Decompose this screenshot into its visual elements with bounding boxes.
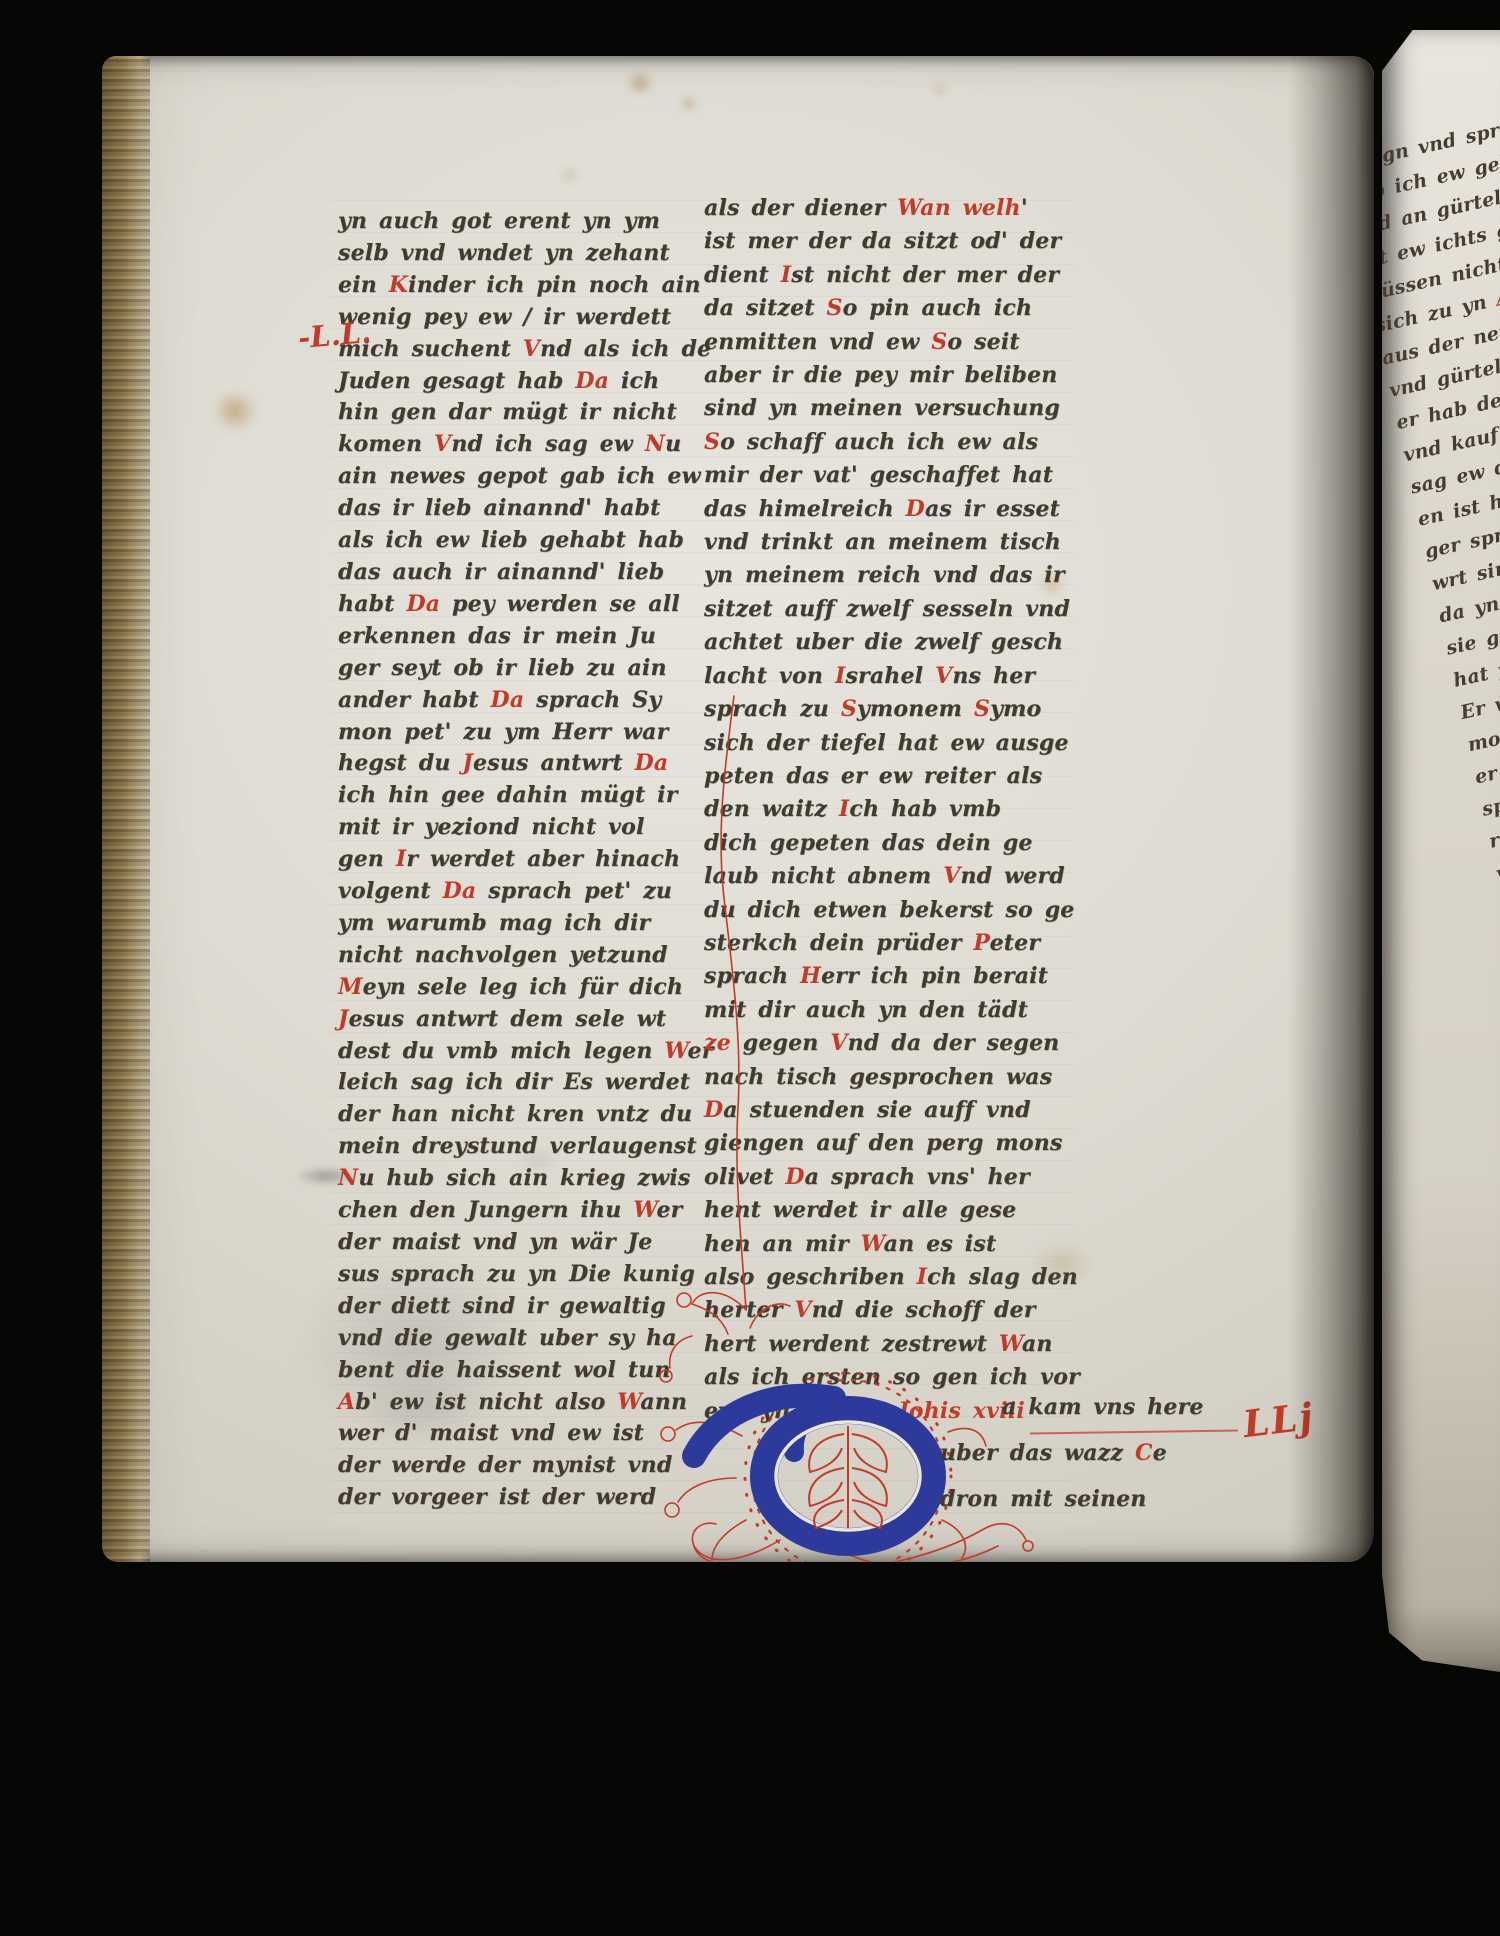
text-line: sitzet auff zwelf sesseln vnd xyxy=(704,593,1060,626)
ink-text: dron mit seinen xyxy=(940,1486,1147,1512)
rubricated-text: V xyxy=(935,663,952,689)
rubricated-text: S xyxy=(827,295,843,321)
text-line: ander habt Da sprach Sy xyxy=(338,685,678,717)
ink-text: u xyxy=(665,431,681,457)
text-line: wer d' maist vnd ew ist xyxy=(338,1418,678,1450)
text-line: mein dreystund verlaugenst xyxy=(338,1131,678,1163)
text-line: bent die haissent wol tun xyxy=(338,1355,678,1387)
text-line: ein Kinder ich pin noch ain xyxy=(338,270,678,302)
ink-text: dient xyxy=(704,262,781,288)
ink-text: wer d' maist vnd ew ist xyxy=(338,1420,644,1446)
text-line: dient Ist nicht der mer der xyxy=(704,259,1060,292)
ink-text: lacht von xyxy=(704,663,835,689)
text-line: selb vnd wndet yn zehant xyxy=(338,238,678,270)
ink-text: dest du vmb mich legen xyxy=(338,1038,664,1064)
ink-text: a kam vns here xyxy=(1002,1394,1204,1420)
ink-text: ist mer der da sitzt od' der xyxy=(704,228,1061,254)
ink-text: o schaff auch ich ew als xyxy=(720,429,1038,455)
rubricated-text: A xyxy=(338,1389,355,1415)
ink-text: komen xyxy=(338,431,434,457)
ink-text: das himelreich xyxy=(704,496,906,522)
ink-text: uber das wazz xyxy=(940,1440,1135,1466)
adjacent-page-text: morgn vnd sprachgab ich ew gelassenvnd a… xyxy=(1382,83,1500,1310)
ink-text: gen xyxy=(338,846,396,872)
ink-text: da sitzet xyxy=(704,295,827,321)
ink-text: ein xyxy=(338,272,389,298)
ink-text: ' xyxy=(1021,195,1028,221)
rubricated-text: D xyxy=(906,496,925,522)
text-line: Juden gesagt hab Da ich xyxy=(338,366,678,398)
text-line: Ab' ew ist nicht also Wann xyxy=(338,1387,678,1419)
rubricated-text: N xyxy=(645,431,665,457)
ink-text: enmitten vnd ew xyxy=(704,329,931,355)
text-line: gen Ir werdet aber hinach xyxy=(338,844,678,876)
text-line: das himelreich Das ir esset xyxy=(704,493,1060,526)
ink-text: ym warumb mag ich dir xyxy=(338,910,650,936)
text-line: uber das wazz Ce xyxy=(940,1430,1210,1476)
text-line: yn auch got erent yn ym xyxy=(338,206,678,238)
ink-text: mir der vat' geschaffet hat xyxy=(704,462,1053,488)
ink-text: aber ir die pey mir beliben xyxy=(704,362,1057,388)
text-line: a kam vns here xyxy=(940,1384,1210,1430)
rubricated-text: Da xyxy=(575,368,609,394)
initial-letter-body xyxy=(694,1396,932,1542)
text-line: nicht nachvolgen yetzund xyxy=(338,940,678,972)
rubricated-text: S xyxy=(704,429,720,455)
ink-text: esus antwrt xyxy=(473,750,635,776)
text-line: dron mit seinen xyxy=(940,1476,1210,1522)
text-line: ich hin gee dahin mügt ir xyxy=(338,780,678,812)
text-line: habt Da pey werden se all xyxy=(338,589,678,621)
ink-text: ns her xyxy=(952,663,1035,689)
ink-text: o pin auch ich xyxy=(843,295,1033,321)
ink-text: ain newes gepot gab ich ew xyxy=(338,463,701,489)
ink-text: hegst du xyxy=(338,750,462,776)
ink-text: der diett sind ir gewaltig xyxy=(338,1293,666,1319)
ink-text: das auch ir ainannd' lieb xyxy=(338,559,664,585)
text-line: chen den Jungern ihu Wer xyxy=(338,1195,678,1227)
text-line: mich suchent Vnd als ich de xyxy=(338,334,678,366)
text-line: mon pet' zu ym Herr war xyxy=(338,717,678,749)
ink-text: das ir lieb ainannd' habt xyxy=(338,495,660,521)
ink-text: bent die haissent wol tun xyxy=(338,1357,671,1383)
text-line: enmitten vnd ew So seit xyxy=(704,326,1060,359)
adjacent-page-edge: morgn vnd sprachgab ich ew gelassenvnd a… xyxy=(1382,30,1500,1672)
initial-paragraph: a kam vns hereuber das wazz Cedron mit s… xyxy=(940,1384,1210,1522)
ink-text: nd ich sag ew xyxy=(451,431,645,457)
text-line: ym warumb mag ich dir xyxy=(338,908,678,940)
initial-filigree xyxy=(809,1426,887,1528)
ink-text: mon pet' zu ym Herr war xyxy=(338,719,668,745)
ink-text: sind yn meinen versuchung xyxy=(704,395,1060,421)
ink-text: ger seyt ob ir lieb zu ain xyxy=(338,655,667,681)
text-line: der diett sind ir gewaltig xyxy=(338,1291,678,1323)
text-line: der werde der mynist vnd xyxy=(338,1450,678,1482)
ink-text: sitzet auff zwelf sesseln vnd xyxy=(704,596,1070,622)
ink-text: als ich ew lieb gehabt hab xyxy=(338,527,684,553)
text-line: der vorgeer ist der werd xyxy=(338,1482,678,1514)
chapter-mark-left: -L.L. xyxy=(297,315,373,355)
rubricated-text: I xyxy=(396,846,407,872)
text-line: So schaff auch ich ew als xyxy=(704,426,1060,459)
ink-text: nd als ich de xyxy=(540,336,711,362)
rubricated-text: V xyxy=(523,336,540,362)
ink-text: wenig pey ew / ir werdett xyxy=(338,304,671,330)
text-line: ist mer der da sitzt od' der xyxy=(704,225,1060,258)
ink-text: achtet uber die zwelf gesch xyxy=(704,629,1063,655)
ink-text: ich hin gee dahin mügt ir xyxy=(338,782,678,808)
ink-text: st nicht der mer der xyxy=(791,262,1059,288)
ink-text: der maist vnd yn wär Je xyxy=(338,1229,652,1255)
text-line: hin gen dar mügt ir nicht xyxy=(338,397,678,429)
text-line: sind yn meinen versuchung xyxy=(704,392,1060,425)
text-line: mir der vat' geschaffet hat xyxy=(704,459,1060,492)
ink-text: srahel xyxy=(845,663,935,689)
rubricated-text: Da xyxy=(491,687,525,713)
ink-text: als der diener xyxy=(704,195,897,221)
text-line: Nu hub sich ain krieg zwis xyxy=(338,1163,678,1195)
text-line: yn meinem reich vnd das ir xyxy=(704,559,1060,592)
text-line: wenig pey ew / ir werdett xyxy=(338,302,678,334)
text-line: dest du vmb mich legen Wer xyxy=(338,1036,678,1068)
ink-text: yn auch got erent yn ym xyxy=(338,208,660,234)
ink-text: yn meinem reich vnd das ir xyxy=(704,562,1065,588)
photograph-background: yn auch got erent yn ymselb vnd wndet yn… xyxy=(0,0,1500,1936)
text-line: komen Vnd ich sag ew Nu xyxy=(338,429,678,461)
rubricated-text: I xyxy=(781,262,792,288)
rubricated-text: J xyxy=(338,1006,349,1032)
rubricated-text: V xyxy=(434,431,451,457)
text-line: vnd trinkt an meinem tisch xyxy=(704,526,1060,559)
ink-text: inder ich pin noch ain xyxy=(408,272,701,298)
ink-text: nicht nachvolgen yetzund xyxy=(338,942,668,968)
text-line: erkennen das ir mein Ju xyxy=(338,621,678,653)
text-line: achtet uber die zwelf gesch xyxy=(704,626,1060,659)
text-line: da sitzet So pin auch ich xyxy=(704,292,1060,325)
text-line: hegst du Jesus antwrt Da xyxy=(338,748,678,780)
text-line: volgent Da sprach pet' zu xyxy=(338,876,678,908)
rubricated-text: I xyxy=(835,663,846,689)
text-line: aber ir die pey mir beliben xyxy=(704,359,1060,392)
ink-text: ich xyxy=(609,368,659,394)
text-line: das auch ir ainannd' lieb xyxy=(338,557,678,589)
text-line: ger seyt ob ir lieb zu ain xyxy=(338,653,678,685)
ink-text: as ir esset xyxy=(925,496,1060,522)
rubricated-text: M xyxy=(338,974,363,1000)
ink-text: volgent xyxy=(338,878,443,904)
text-line: leich sag ich dir Es werdet xyxy=(338,1067,678,1099)
ink-text: mit ir yeziond nicht vol xyxy=(338,814,645,840)
text-line: als der diener Wan welh' xyxy=(704,192,1060,225)
ink-text: b' ew ist nicht also xyxy=(355,1389,617,1415)
text-line: sus sprach zu yn Die kunig xyxy=(338,1259,678,1291)
rubricated-text: C xyxy=(1135,1440,1153,1466)
page-edge-stack xyxy=(102,56,150,1562)
rubricated-text: Da xyxy=(406,591,440,617)
rubricated-text: J xyxy=(462,750,473,776)
text-line: der maist vnd yn wär Je xyxy=(338,1227,678,1259)
ink-text: pey werden se all xyxy=(440,591,680,617)
text-line: Jesus antwrt dem sele wt xyxy=(338,1004,678,1036)
ink-text: hin gen dar mügt ir nicht xyxy=(338,399,677,425)
ink-text: Juden gesagt hab xyxy=(338,368,575,394)
text-line: als ich ew lieb gehabt hab xyxy=(338,525,678,557)
ink-text: habt xyxy=(338,591,406,617)
ink-text: selb vnd wndet yn zehant xyxy=(338,240,670,266)
text-line: Meyn sele leg ich für dich xyxy=(338,972,678,1004)
rubricated-text: K xyxy=(389,272,408,298)
text-line: ain newes gepot gab ich ew xyxy=(338,461,678,493)
ink-text: der vorgeer ist der werd xyxy=(338,1484,656,1510)
ink-text: esus antwrt dem sele wt xyxy=(349,1006,667,1032)
ink-text: erkennen das ir mein Ju xyxy=(338,623,656,649)
gutter-shadow xyxy=(1288,56,1374,1562)
ink-text: vnd die gewalt uber sy ha xyxy=(338,1325,677,1351)
ink-text: o seit xyxy=(947,329,1019,355)
text-line: vnd die gewalt uber sy ha xyxy=(338,1323,678,1355)
ink-text: der werde der mynist vnd xyxy=(338,1452,672,1478)
text-line: das ir lieb ainannd' habt xyxy=(338,493,678,525)
ink-text: e xyxy=(1153,1440,1167,1466)
ink-text: ander habt xyxy=(338,687,491,713)
rubricated-text: S xyxy=(931,329,947,355)
rubricated-text: N xyxy=(338,1165,358,1191)
rubricated-text: Da xyxy=(443,878,477,904)
left-text-column: yn auch got erent yn ymselb vnd wndet yn… xyxy=(338,206,678,1514)
ink-text: chen den Jungern ihu xyxy=(338,1197,633,1223)
text-line: mit ir yeziond nicht vol xyxy=(338,812,678,844)
rubricated-text: Wan welh xyxy=(897,195,1021,221)
text-line: der han nicht kren vntz du xyxy=(338,1099,678,1131)
ink-text: vnd trinkt an meinem tisch xyxy=(704,529,1061,555)
